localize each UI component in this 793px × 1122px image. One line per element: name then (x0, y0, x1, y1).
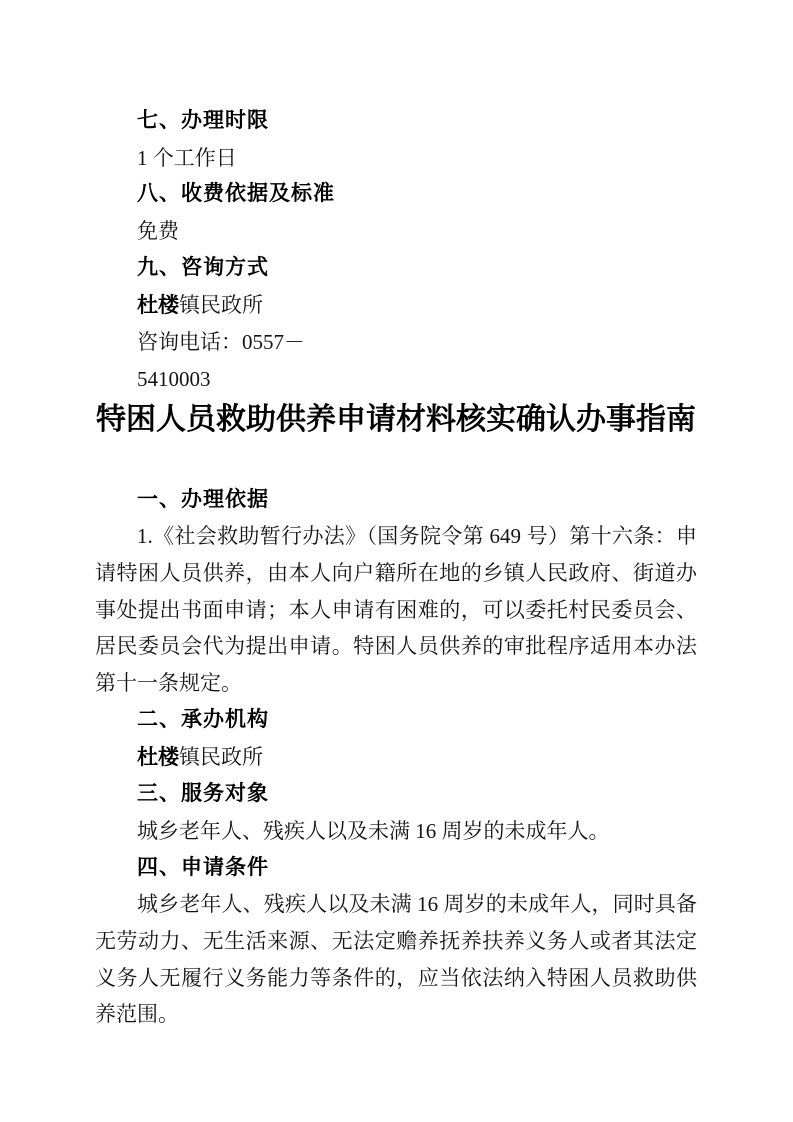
section-4-heading: 四、申请条件 (95, 850, 697, 887)
document-content: 七、办理时限 1 个工作日 八、收费依据及标准 免费 九、咨询方式 杜楼镇民政所… (95, 103, 697, 1033)
office-name-rest: 镇民政所 (179, 293, 263, 317)
section-2-office: 杜楼镇民政所 (95, 739, 697, 777)
document-page: 七、办理时限 1 个工作日 八、收费依据及标准 免费 九、咨询方式 杜楼镇民政所… (0, 0, 793, 1122)
section-9-heading: 九、咨询方式 (95, 250, 697, 287)
section-7-body: 1 个工作日 (95, 140, 697, 177)
section-9-office: 杜楼镇民政所 (95, 287, 697, 325)
section-4-body: 城乡老年人、残疾人以及未满 16 周岁的未成年人，同时具备无劳动力、无生活来源、… (95, 886, 697, 1033)
section-1-heading: 一、办理依据 (95, 482, 697, 519)
section-7-heading: 七、办理时限 (95, 103, 697, 140)
section-8-body: 免费 (95, 213, 697, 250)
section-8-heading: 八、收费依据及标准 (95, 176, 697, 213)
section-3-heading: 三、服务对象 (95, 776, 697, 813)
office-name-bold: 杜楼 (137, 294, 179, 317)
section-1-body: 1.《社会救助暂行办法》（国务院令第 649 号）第十六条：申请特困人员供养，由… (95, 518, 697, 702)
section-9-phone-line2: 5410003 (95, 361, 697, 398)
section-3-body: 城乡老年人、残疾人以及未满 16 周岁的未成年人。 (95, 813, 697, 850)
section-2-heading: 二、承办机构 (95, 702, 697, 739)
office-name-rest: 镇民政所 (179, 745, 263, 769)
office-name-bold: 杜楼 (137, 746, 179, 769)
document-title: 特困人员救助供养申请材料核实确认办事指南 (95, 398, 697, 442)
section-9-phone-line1: 咨询电话：0557－ (95, 324, 697, 361)
